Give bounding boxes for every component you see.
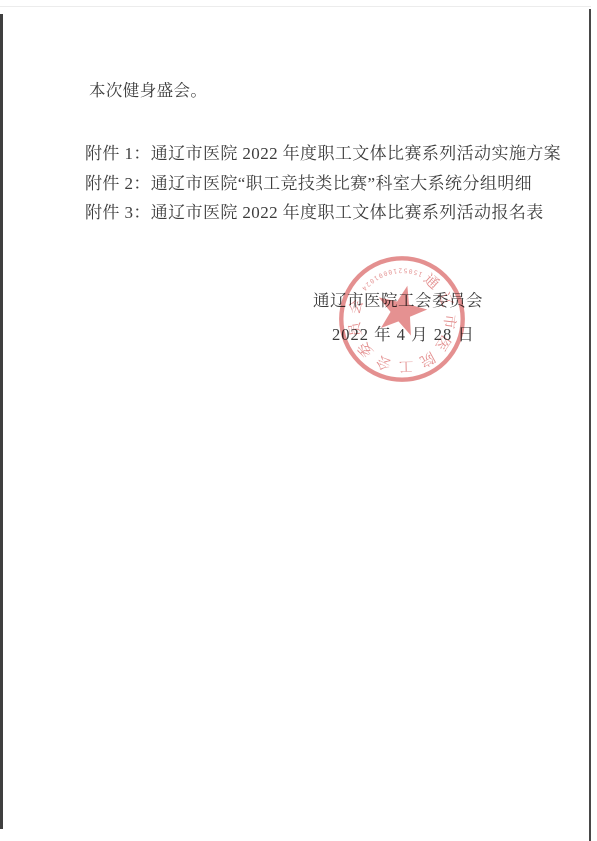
- closing-line: 本次健身盛会。: [89, 77, 207, 101]
- seal-serial-number: 1505210001024: [356, 260, 425, 294]
- seal-star-icon: [372, 280, 432, 338]
- scan-edge-right: [589, 9, 591, 841]
- scan-edge-top: [0, 6, 591, 7]
- document-page: 本次健身盛会。 附件 1：通辽市医院 2022 年度职工文体比赛系列活动实施方案…: [0, 0, 597, 841]
- attachment-line-1: 附件 1：通辽市医院 2022 年度职工文体比赛系列活动实施方案: [85, 139, 561, 164]
- attachment-line-3: 附件 3：通辽市医院 2022 年度职工文体比赛系列活动报名表: [85, 198, 544, 223]
- scan-edge-left: [0, 14, 3, 829]
- official-seal: 通辽市医院工会委员会 1505210001024: [334, 251, 470, 387]
- attachment-line-2: 附件 2：通辽市医院“职工竞技类比赛”科室大系统分组明细: [85, 169, 532, 194]
